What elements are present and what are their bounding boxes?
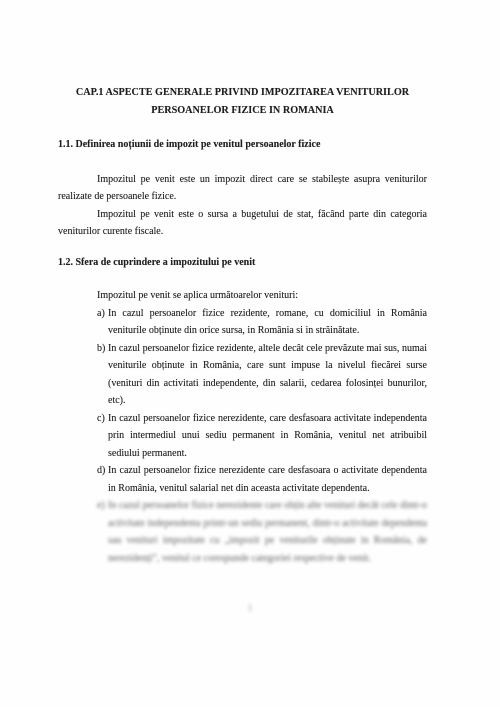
chapter-title-line-1: CAP.1 ASPECTE GENERALE PRIVIND IMPOZITAR… [58, 84, 427, 102]
list-item-text: In cazul persoanelor fizice rezidente, r… [108, 308, 427, 337]
chapter-title-line-2: PERSOANELOR FIZICE IN ROMANIA [58, 102, 427, 120]
list-item-text: In cazul persoanelor fizice rezidente, a… [108, 343, 427, 407]
list-item-marker: d) [97, 462, 105, 480]
list-item-text: In cazul persoanelor fizice nerezidente,… [108, 413, 427, 459]
section-heading-1-1: 1.1. Definirea noțiunii de impozit pe ve… [58, 136, 427, 154]
list-item-c: c)In cazul persoanelor fizice nerezident… [58, 410, 427, 463]
list-item-e-blurred: e)In cazul persoanelor fizice nerezident… [58, 497, 427, 567]
income-list: a)In cazul persoanelor fizice rezidente,… [58, 305, 427, 568]
list-item-a: a)In cazul persoanelor fizice rezidente,… [58, 305, 427, 340]
page-content: CAP.1 ASPECTE GENERALE PRIVIND IMPOZITAR… [58, 84, 427, 567]
list-item-b: b)In cazul persoanelor fizice rezidente,… [58, 340, 427, 410]
list-intro: Impozitul pe venit se aplica următoarelo… [58, 287, 427, 305]
section-heading-1-2: 1.2. Sfera de cuprindere a impozitului p… [58, 254, 427, 272]
list-item-marker: e) [97, 497, 105, 515]
list-item-text: In cazul persoanelor fizice nerezidente … [108, 465, 427, 494]
list-item-d: d)In cazul persoanelor fizice nerezident… [58, 462, 427, 497]
list-item-marker: a) [97, 305, 105, 323]
paragraph: Impozitul pe venit este o sursa a bugetu… [58, 206, 427, 241]
page-number: 1 [0, 600, 500, 618]
document-page: CAP.1 ASPECTE GENERALE PRIVIND IMPOZITAR… [0, 0, 500, 707]
list-item-text: In cazul persoanelor fizice nerezidente … [108, 500, 427, 564]
paragraph: Impozitul pe venit este un impozit direc… [58, 171, 427, 206]
list-item-marker: b) [97, 340, 105, 358]
list-item-marker: c) [97, 410, 105, 428]
